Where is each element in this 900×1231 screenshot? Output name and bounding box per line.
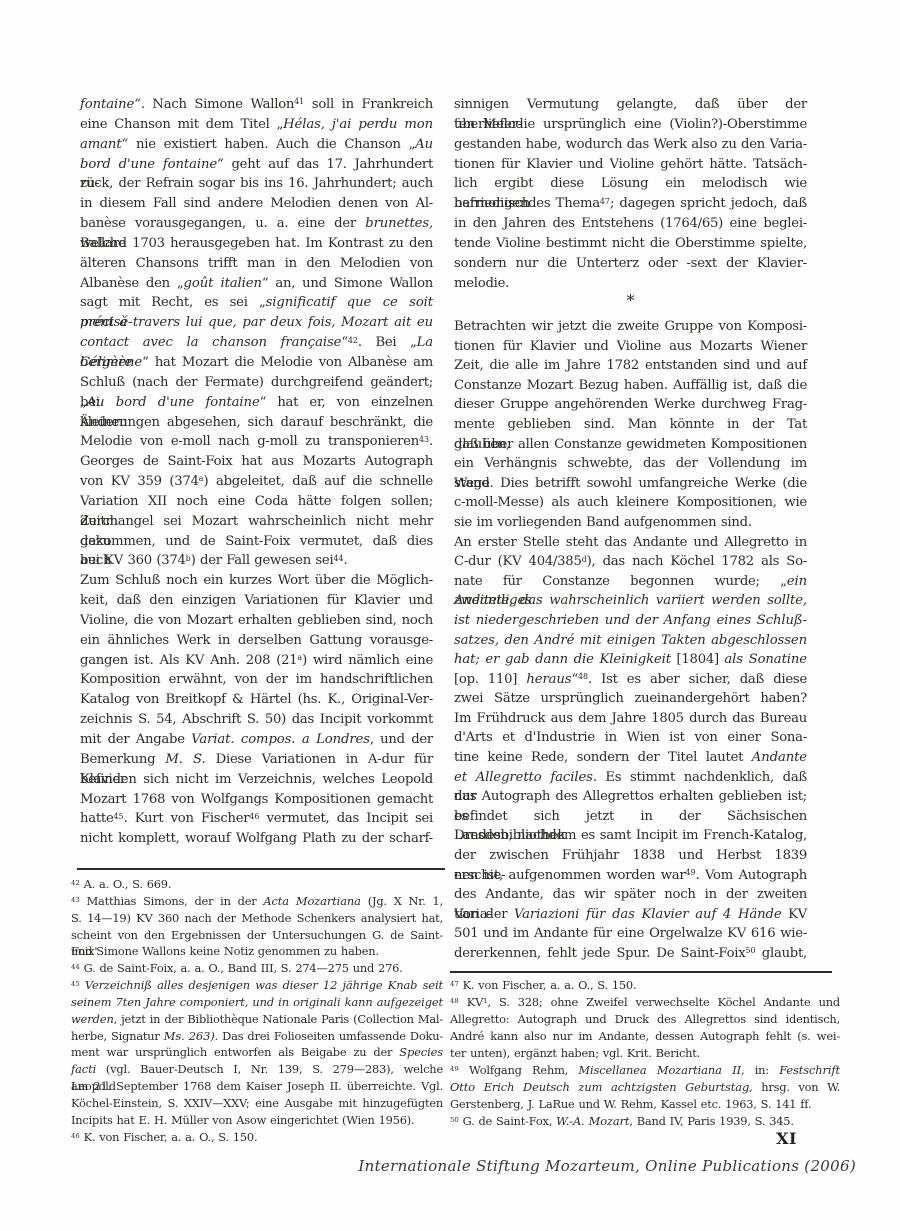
text-line: befindet sich jetzt in der Sächsischen L… — [454, 807, 807, 827]
text-line: tionen für Klavier und Violine gehört hä… — [454, 155, 807, 175]
text-line: bei KV 360 (374b) der Fall gewesen sei44… — [80, 551, 433, 571]
text-line: Violine, die von Mozart erhalten geblieb… — [80, 611, 433, 631]
text-line: ein Verhängnis schwebte, das der Vollend… — [454, 454, 807, 474]
text-line: An erster Stelle steht das Andante und A… — [454, 533, 807, 553]
text-line: fontaine“. Nach Simone Wallon41 soll in … — [80, 95, 433, 115]
text-line: Andante, das wahrscheinlich variiert wer… — [454, 591, 807, 611]
footnote-separator-left — [77, 868, 445, 870]
text-line: tine keine Rede, sondern der Titel laute… — [454, 748, 807, 768]
text-line: Mozart 1768 von Wolfgangs Kompositionen … — [80, 790, 433, 810]
section-divider-asterisk: * — [454, 291, 807, 315]
footnote-separator-right — [450, 971, 832, 973]
text-line: d'Arts et d'Industrie in Wien ist von ei… — [454, 728, 807, 748]
text-line: 43 Matthias Simons, der in der Acta Moza… — [71, 893, 443, 910]
text-line: gestanden habe, wodurch das Werk also zu… — [454, 135, 807, 155]
text-line: älteren Chansons trifft man in den Melod… — [80, 254, 433, 274]
text-line: Incipits hat E. H. Müller von Asow einge… — [71, 1112, 443, 1129]
text-line: nate für Constanze begonnen wurde; „ein … — [454, 572, 807, 592]
text-line: in den Jahren des Entstehens (1764/65) e… — [454, 214, 807, 234]
text-line: Allegretto: Autograph und Druck des Alle… — [450, 1011, 840, 1028]
text-line: Melodie von e-moll nach g-moll zu transp… — [80, 432, 433, 452]
text-line: seinem 7ten Jahre componiert, und in ori… — [71, 994, 443, 1011]
text-line: der zwischen Frühjahr 1838 und Herbst 18… — [454, 846, 807, 866]
text-line: Schluß (nach der Fermate) durchgreifend … — [80, 373, 433, 393]
text-line: befriedigendes Thema47; dagegen spricht … — [454, 194, 807, 214]
text-line: c-moll-Messe) als auch kleinere Komposit… — [454, 493, 807, 513]
text-line: rück, der Refrain sogar bis ins 16. Jahr… — [80, 174, 433, 194]
text-line: bord d'une fontaine“ geht auf das 17. Ja… — [80, 155, 433, 175]
text-line: Dresden, nachdem es samt Incipit im Fren… — [454, 826, 807, 846]
text-line: 48 KV1, S. 328; ohne Zweifel verwechselt… — [450, 994, 840, 1011]
text-line: Zeit, die alle im Jahre 1782 entstanden … — [454, 356, 807, 376]
text-line: satzes, den André mit einigen Takten abg… — [454, 631, 807, 651]
text-line: C-dur (KV 404/385d), das nach Köchel 178… — [454, 552, 807, 572]
text-line: Gerstenberg, J. LaRue und W. Rehm, Kasse… — [450, 1096, 840, 1113]
text-line: Albanèse den „goût italien“ an, und Simo… — [80, 274, 433, 294]
text-line: sinnigen Vermutung gelangte, daß über de… — [454, 95, 807, 115]
text-line: dieser Gruppe angehörenden Werke durchwe… — [454, 395, 807, 415]
text-line: facti (vgl. Bauer-Deutsch I, Nr. 139, S.… — [71, 1061, 443, 1078]
right-column-text-lower: Betrachten wir jetzt die zweite Gruppe v… — [454, 317, 807, 964]
text-line: zeichnis S. 54, Abschrift S. 50) das Inc… — [80, 710, 433, 730]
text-line: Komposition erwähnt, von der im handschr… — [80, 670, 433, 690]
text-line: werden, jetzt in der Bibliothèque Nation… — [71, 1011, 443, 1028]
left-column-text: fontaine“. Nach Simone Wallon41 soll in … — [80, 95, 433, 849]
text-line: mente geblieben sind. Man könnte in der … — [454, 415, 807, 435]
page-number: XI — [776, 1129, 797, 1148]
text-line: Bemerkung M. S. Diese Variationen in A-d… — [80, 750, 433, 770]
text-line: das Autograph des Allegrettos erhalten g… — [454, 787, 807, 807]
text-line: Constanze Mozart Bezug haben. Auffällig … — [454, 376, 807, 396]
text-line: 45 Verzeichniß alles desjenigen was dies… — [71, 977, 443, 994]
text-line: von KV 359 (374a) abgeleitet, daß auf di… — [80, 472, 433, 492]
text-line: zwei Sätze ursprünglich zueinandergehört… — [454, 689, 807, 709]
text-line: nicht komplett, worauf Wolfgang Plath zu… — [80, 829, 433, 849]
text-line: und Simone Wallons keine Notiz genommen … — [71, 943, 443, 960]
text-line: ment à travers lui que, par deux fois, M… — [80, 313, 433, 333]
text-line: in diesem Fall sind andere Melodien dene… — [80, 194, 433, 214]
text-line: Änderungen abgesehen, sich darauf beschr… — [80, 413, 433, 433]
text-line: hatte45. Kurt von Fischer46 vermutet, da… — [80, 809, 433, 829]
text-line: des Andante, das wir später noch in der … — [454, 885, 807, 905]
text-line: sondern nur die Unterterz oder -sext der… — [454, 254, 807, 274]
text-line: banèse vorausgegangen, u. a. eine der br… — [80, 214, 433, 234]
text-line: amant“ nie existiert haben. Auch die Cha… — [80, 135, 433, 155]
text-line: daß über allen Constanze gewidmeten Komp… — [454, 435, 807, 455]
footnotes-left: 42 A. a. O., S. 669.43 Matthias Simons, … — [71, 876, 443, 1146]
text-line: 46 K. von Fischer, a. a. O., S. 150. — [71, 1129, 443, 1146]
text-line: 44 G. de Saint-Foix, a. a. O., Band III,… — [71, 960, 443, 977]
text-line: dererkennen, fehlt jede Spur. De Saint-F… — [454, 944, 807, 964]
footnotes-right: 47 K. von Fischer, a. a. O., S. 150.48 K… — [450, 977, 840, 1130]
text-line: ist niedergeschrieben und der Anfang ein… — [454, 611, 807, 631]
text-line: tion der Variazioni für das Klavier auf … — [454, 905, 807, 925]
text-line: Ballard 1703 herausgegeben hat. Im Kontr… — [80, 234, 433, 254]
text-line: „Au bord d'une fontaine“ hat er, von ein… — [80, 393, 433, 413]
text-line: sie im vorliegenden Band aufgenommen sin… — [454, 513, 807, 533]
text-line: stand. Dies betrifft sowohl umfangreiche… — [454, 474, 807, 494]
text-line: Otto Erich Deutsch zum achtzigsten Gebur… — [450, 1079, 840, 1096]
text-line: tende Violine bestimmt nicht die Obersti… — [454, 234, 807, 254]
scanned-document-page: fontaine“. Nach Simone Wallon41 soll in … — [0, 0, 900, 1231]
text-line: Variation XII noch eine Coda hätte folge… — [80, 492, 433, 512]
text-line: befinden sich nicht im Verzeichnis, welc… — [80, 770, 433, 790]
text-line: mit der Angabe Variat. compos. a Londres… — [80, 730, 433, 750]
text-line: Zum Schluß noch ein kurzes Wort über die… — [80, 571, 433, 591]
text-line: Betrachten wir jetzt die zweite Gruppe v… — [454, 317, 807, 337]
text-line: eine Chanson mit dem Titel „Hélas, j'ai … — [80, 115, 433, 135]
text-line: gekommen, und de Saint-Foix vermutet, da… — [80, 532, 433, 552]
text-line: André kann also nur im Andante, dessen A… — [450, 1028, 840, 1045]
right-column-text-upper: sinnigen Vermutung gelangte, daß über de… — [454, 95, 807, 293]
footer-credit: Internationale Stiftung Mozarteum, Onlin… — [358, 1157, 856, 1175]
text-line: 47 K. von Fischer, a. a. O., S. 150. — [450, 977, 840, 994]
text-line: et Allegretto faciles. Es stimmt nachden… — [454, 768, 807, 788]
text-line: gangen ist. Als KV Anh. 208 (21a) wird n… — [80, 651, 433, 671]
text-line: scheint von den Ergebnissen der Untersuc… — [71, 927, 443, 944]
text-line: 50 G. de Saint-Fox, W.-A. Mozart, Band I… — [450, 1113, 840, 1130]
text-line: lich ergibt diese Lösung ein melodisch w… — [454, 174, 807, 194]
text-line: ein ähnliches Werk in derselben Gattung … — [80, 631, 433, 651]
text-line: herbe, Signatur Ms. 263). Das drei Folio… — [71, 1028, 443, 1045]
text-line: am 21. September 1768 dem Kaiser Joseph … — [71, 1078, 443, 1095]
text-line: nen ist, aufgenommen worden war49. Vom A… — [454, 866, 807, 886]
text-line: 49 Wolfgang Rehm, Miscellanea Mozartiana… — [450, 1062, 840, 1079]
text-line: ten Melodie ursprünglich eine (Violin?)-… — [454, 115, 807, 135]
text-line: S. 14—19) KV 360 nach der Methode Schenk… — [71, 910, 443, 927]
text-line: Im Frühdruck aus dem Jahre 1805 durch da… — [454, 709, 807, 729]
text-line: sagt mit Recht, es sei „significatif que… — [80, 293, 433, 313]
text-line: Köchel-Einstein, S. XXIV—XXV; eine Ausga… — [71, 1095, 443, 1112]
text-line: Georges de Saint-Foix hat aus Mozarts Au… — [80, 452, 433, 472]
text-line: 42 A. a. O., S. 669. — [71, 876, 443, 893]
text-line: hat; er gab dann die Kleinigkeit [1804] … — [454, 650, 807, 670]
text-line: Zeitmangel sei Mozart wahrscheinlich nic… — [80, 512, 433, 532]
text-line: Célimène“ hat Mozart die Melodie von Alb… — [80, 353, 433, 373]
text-line: tionen für Klavier und Violine aus Mozar… — [454, 337, 807, 357]
text-line: Katalog von Breitkopf & Härtel (hs. K., … — [80, 690, 433, 710]
text-line: 501 und im Andante für eine Orgelwalze K… — [454, 924, 807, 944]
text-line: ment war ursprünglich entworfen als Beig… — [71, 1044, 443, 1061]
text-line: [op. 110] heraus“48. Ist es aber sicher,… — [454, 670, 807, 690]
text-line: contact avec la chanson française“42. Be… — [80, 333, 433, 353]
text-line: ter unten), ergänzt haben; vgl. Krit. Be… — [450, 1045, 840, 1062]
text-line: keit, daß den einzigen Variationen für K… — [80, 591, 433, 611]
